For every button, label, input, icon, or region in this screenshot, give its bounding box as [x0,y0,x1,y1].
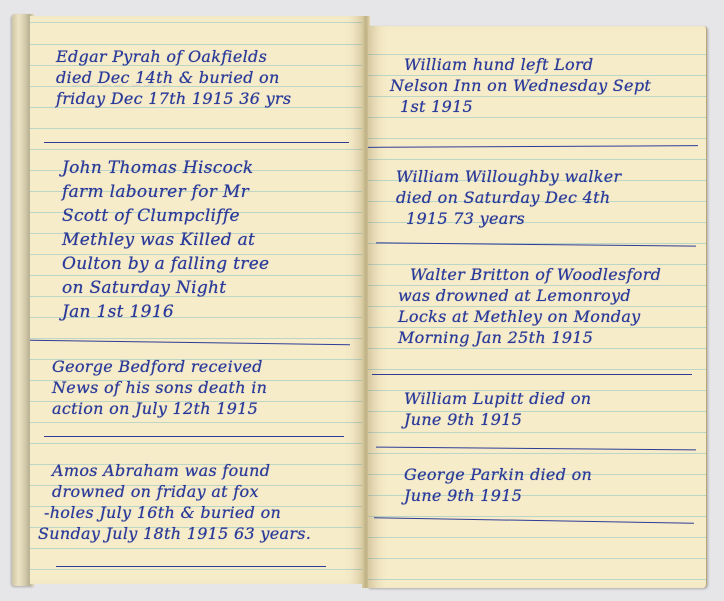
entry-divider [376,242,696,246]
entry-line: George Parkin died on [404,464,592,485]
entry-line: News of his sons death in [52,377,267,398]
entry-line: Locks at Methley on Monday [398,306,661,327]
entry-line: Morning Jan 25th 1915 [398,327,661,348]
left-page: ~ ~~ ~~~ ~ Edgar Pyrah of Oakfields died… [30,16,364,584]
entry-line: Walter Britton of Woodlesford [398,264,661,285]
entry-line: Oulton by a falling tree [62,252,269,276]
entry-john-thomas-hiscock: John Thomas Hiscock farm labourer for Mr… [62,156,269,324]
entry-divider [368,145,698,148]
entry-line: William hund left Lord [390,54,651,75]
entry-line: friday Dec 17th 1915 36 yrs [56,88,291,109]
entry-edgar-pyrah: Edgar Pyrah of Oakfields died Dec 14th &… [56,46,291,109]
entry-william-hund: William hund left Lord Nelson Inn on Wed… [390,54,651,117]
entry-line: George Bedford received [52,356,267,377]
entry-line: William Willoughby walker [396,166,621,187]
entry-line: died Dec 14th & buried on [56,67,291,88]
entry-william-lupitt: William Lupitt died on June 9th 1915 [404,388,591,430]
entry-line: was drowned at Lemonroyd [398,285,661,306]
entry-line: 1915 73 years [396,208,621,229]
entry-line: drowned on friday at fox [38,481,311,502]
entry-amos-abraham: Amos Abraham was found drowned on friday… [38,460,311,544]
entry-line: 1st 1915 [390,96,651,117]
entry-line: Nelson Inn on Wednesday Sept [390,75,651,96]
entry-divider [56,566,326,567]
entry-line: Sunday July 18th 1915 63 years. [38,523,311,544]
entry-walter-britton: Walter Britton of Woodlesford was drowne… [398,264,661,348]
entry-divider [44,436,344,437]
entry-line: action on July 12th 1915 [52,398,267,419]
entry-line: Jan 1st 1916 [62,300,269,324]
entry-line: William Lupitt died on [404,388,591,409]
entry-line: John Thomas Hiscock [62,156,269,180]
entry-divider [44,142,349,143]
entry-line: on Saturday Night [62,276,269,300]
entry-line: Methley was Killed at [62,228,269,252]
entry-divider [372,374,692,375]
right-page: William hund left Lord Nelson Inn on Wed… [368,26,707,588]
entry-line: died on Saturday Dec 4th [396,187,621,208]
entry-line: Amos Abraham was found [38,460,311,481]
entry-line: Scott of Clumpcliffe [62,204,269,228]
entry-divider [376,447,696,451]
entry-george-bedford: George Bedford received News of his sons… [52,356,267,419]
notebook-spread: ~ ~~ ~~~ ~ Edgar Pyrah of Oakfields died… [0,0,724,601]
entry-line: Edgar Pyrah of Oakfields [56,46,291,67]
entry-line: June 9th 1915 [404,409,591,430]
entry-william-willoughby-walker: William Willoughby walker died on Saturd… [396,166,621,229]
entry-line: -holes July 16th & buried on [38,502,311,523]
entry-line: farm labourer for Mr [62,180,269,204]
entry-divider [374,517,694,524]
entry-divider [30,340,350,345]
entry-george-parkin: George Parkin died on June 9th 1915 [404,464,592,506]
entry-line: June 9th 1915 [404,485,592,506]
